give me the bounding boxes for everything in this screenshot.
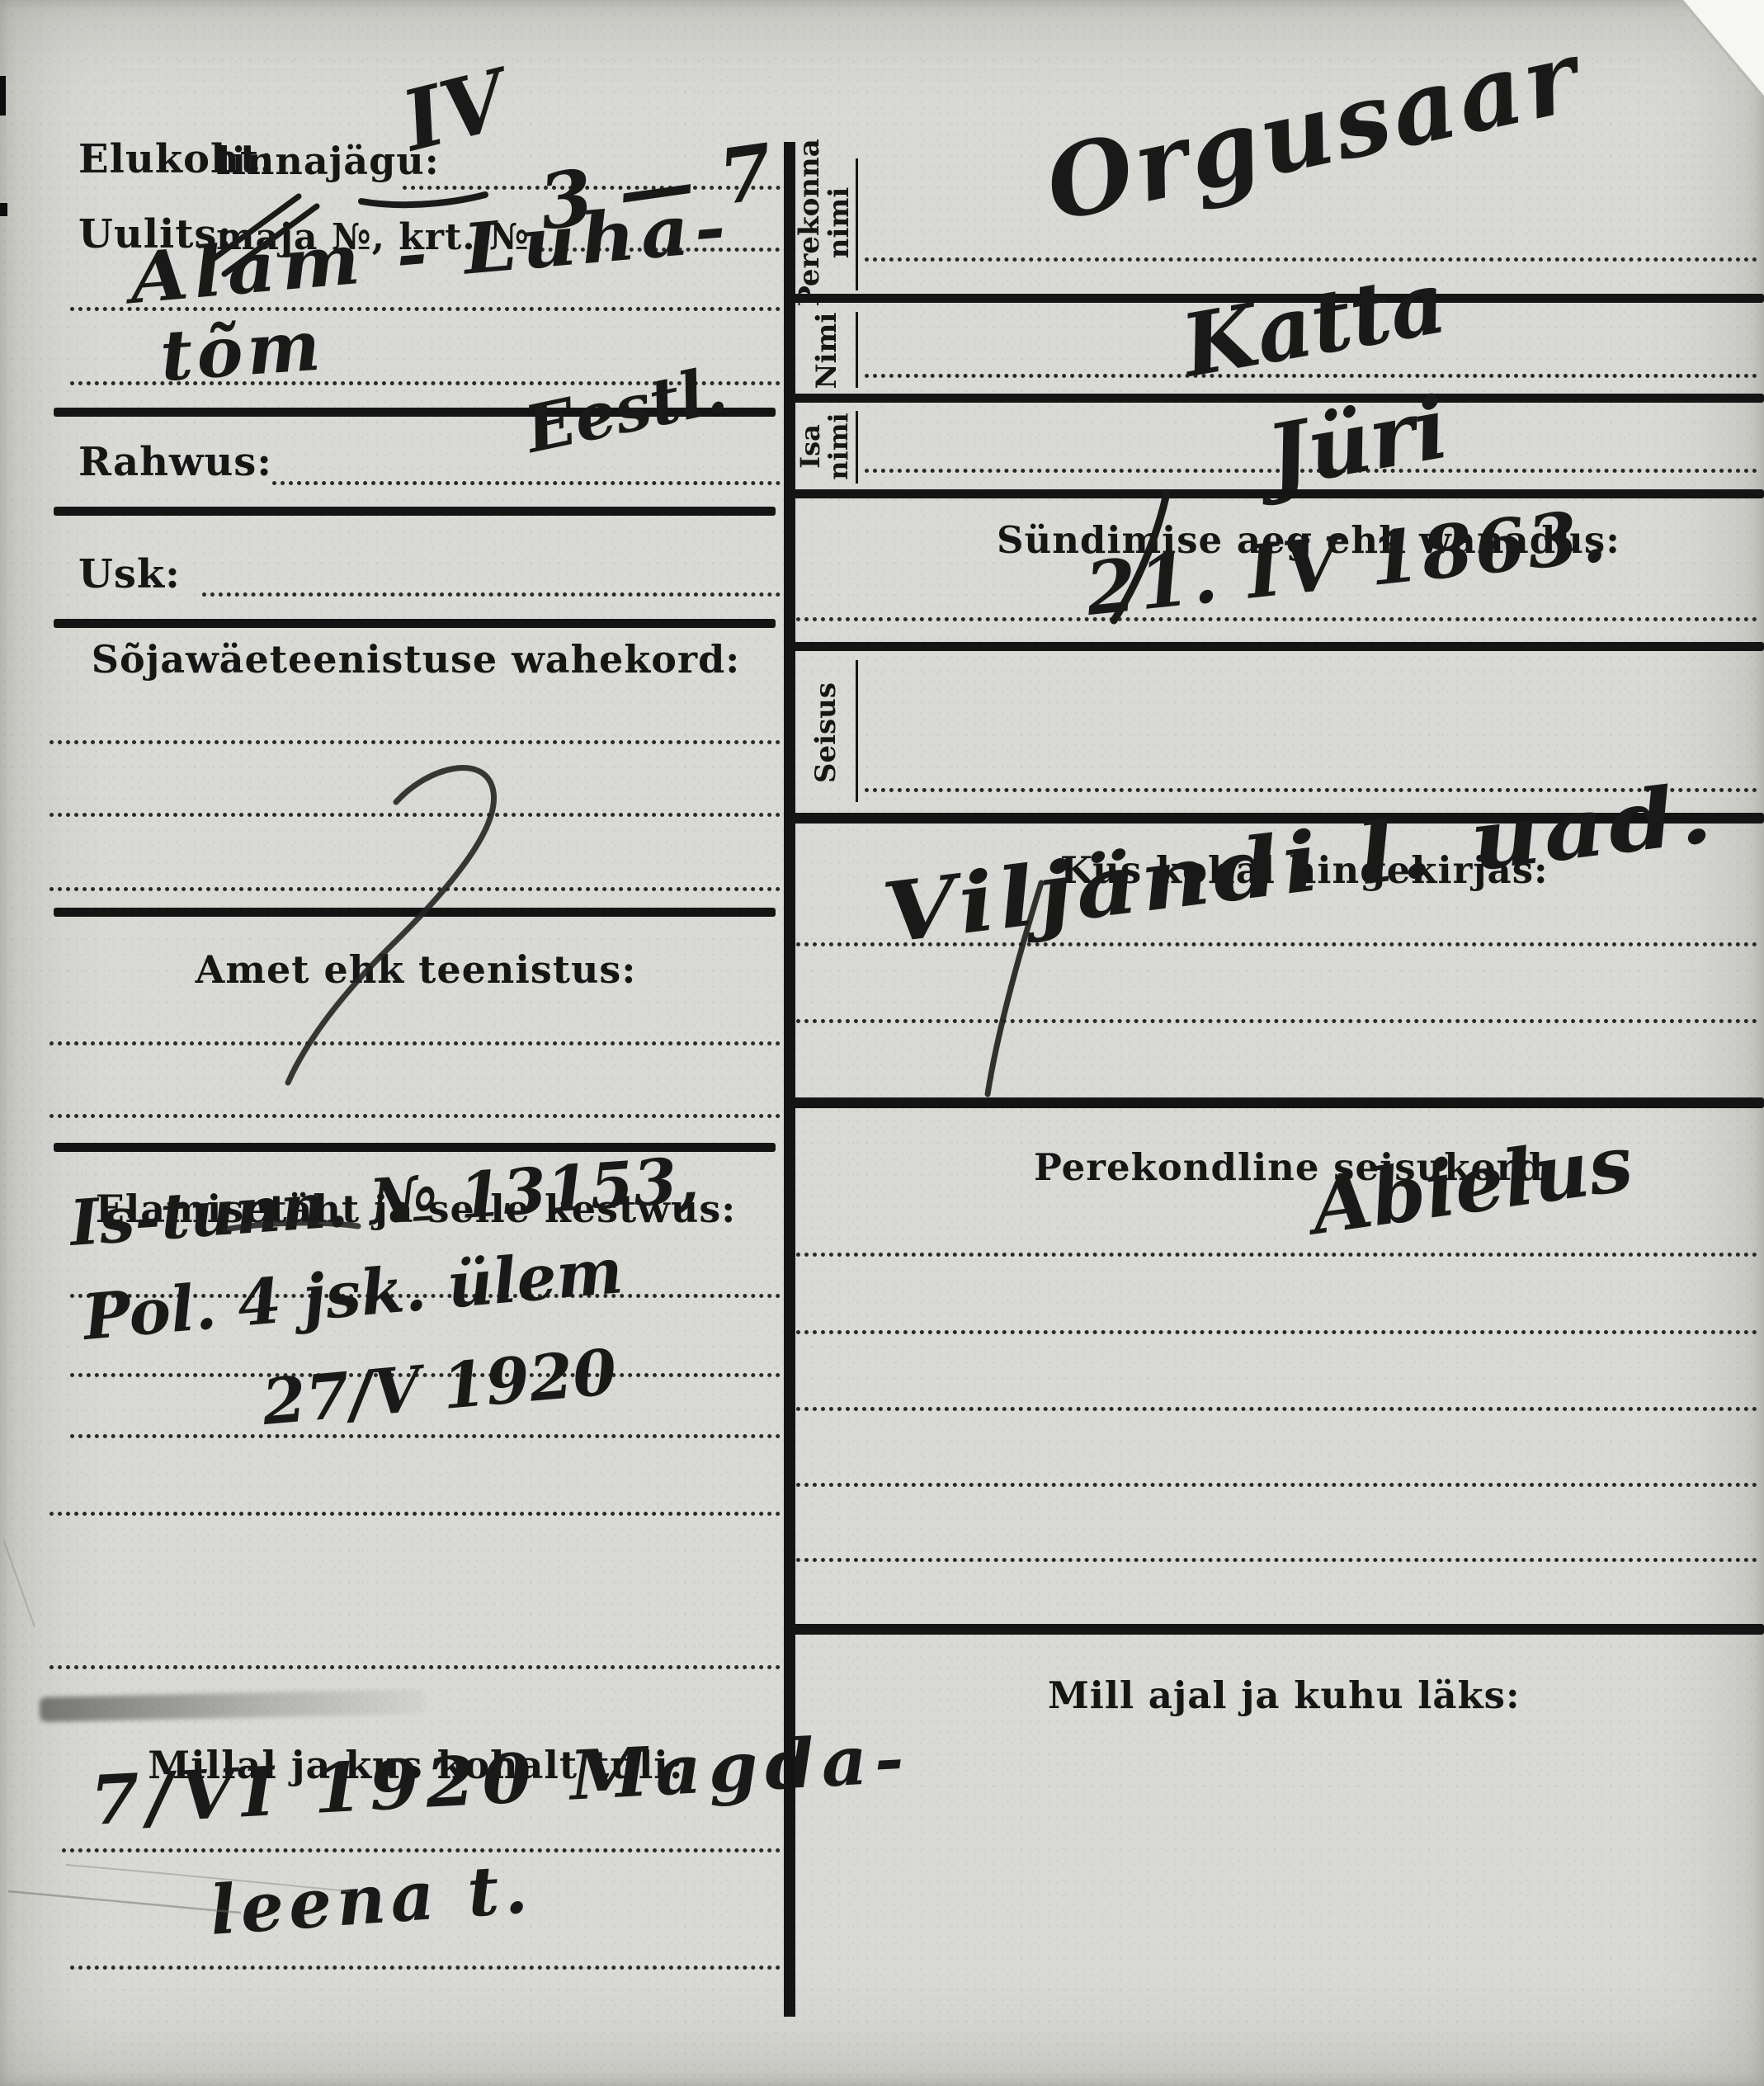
section-divider-line <box>54 619 776 628</box>
column-divider-line <box>784 142 795 2017</box>
label-separator-line <box>856 660 858 802</box>
religion-label: Usk: <box>78 551 181 597</box>
dotted-writing-line <box>796 617 1757 621</box>
father-name-label-line1: Isa <box>797 424 825 469</box>
dotted-writing-line <box>50 887 781 891</box>
dotted-writing-line <box>796 942 1757 946</box>
row-divider-line <box>788 489 1764 498</box>
dotted-writing-line <box>50 1665 781 1669</box>
dotted-writing-line <box>272 481 781 485</box>
dotted-writing-line <box>796 1019 1757 1023</box>
registration-card: Elukoht: linnajägu: IV Uulits: maja №, k… <box>0 0 1764 2086</box>
nationality-label: Rahwus: <box>78 439 272 485</box>
dotted-writing-line <box>796 1407 1757 1411</box>
dotted-writing-line <box>70 1434 781 1438</box>
dotted-writing-line <box>62 1848 781 1852</box>
dotted-writing-line <box>50 813 781 817</box>
dotted-writing-line <box>865 374 1757 378</box>
dotted-writing-line <box>865 257 1757 262</box>
label-separator-line <box>856 312 858 388</box>
dotted-writing-line <box>50 1512 781 1516</box>
departure-heading: Mill ajal ja kuhu läks: <box>1048 1673 1521 1717</box>
dotted-writing-line <box>70 307 781 311</box>
scan-edge-artifact <box>0 203 7 216</box>
dotted-writing-line <box>50 740 781 744</box>
father-name-label-line2: nimi <box>825 413 853 479</box>
dotted-writing-line <box>50 1041 781 1045</box>
label-separator-line <box>856 158 858 290</box>
social-status-label: Seisus <box>806 658 847 807</box>
dotted-writing-line <box>50 1114 781 1118</box>
occupation-heading: Amet ehk teenistus: <box>50 947 782 992</box>
label-separator-line <box>856 411 858 484</box>
section-divider-line <box>54 507 776 516</box>
section-divider-line <box>54 908 776 917</box>
dotted-writing-line <box>202 592 781 597</box>
dotted-writing-line <box>70 1966 781 1970</box>
dotted-writing-line <box>796 1483 1757 1487</box>
dotted-writing-line <box>796 1558 1757 1562</box>
row-divider-line <box>788 642 1764 651</box>
row-divider-line <box>788 1624 1764 1635</box>
city-district-label: linnajägu: <box>216 139 440 183</box>
military-service-heading: Sõjawäeteenistuse wahekord: <box>50 637 782 682</box>
surname-label-line2: nimi <box>825 187 855 259</box>
dotted-writing-line <box>865 469 1757 473</box>
row-divider-line <box>788 1097 1764 1108</box>
surname-label: Perekonna nimi <box>796 140 854 305</box>
row-divider-line <box>788 394 1764 403</box>
dotted-writing-line <box>796 1253 1757 1257</box>
dotted-writing-line <box>796 1330 1757 1334</box>
scan-edge-artifact <box>0 76 6 116</box>
surname-label-line1: Perekonna <box>795 139 825 307</box>
